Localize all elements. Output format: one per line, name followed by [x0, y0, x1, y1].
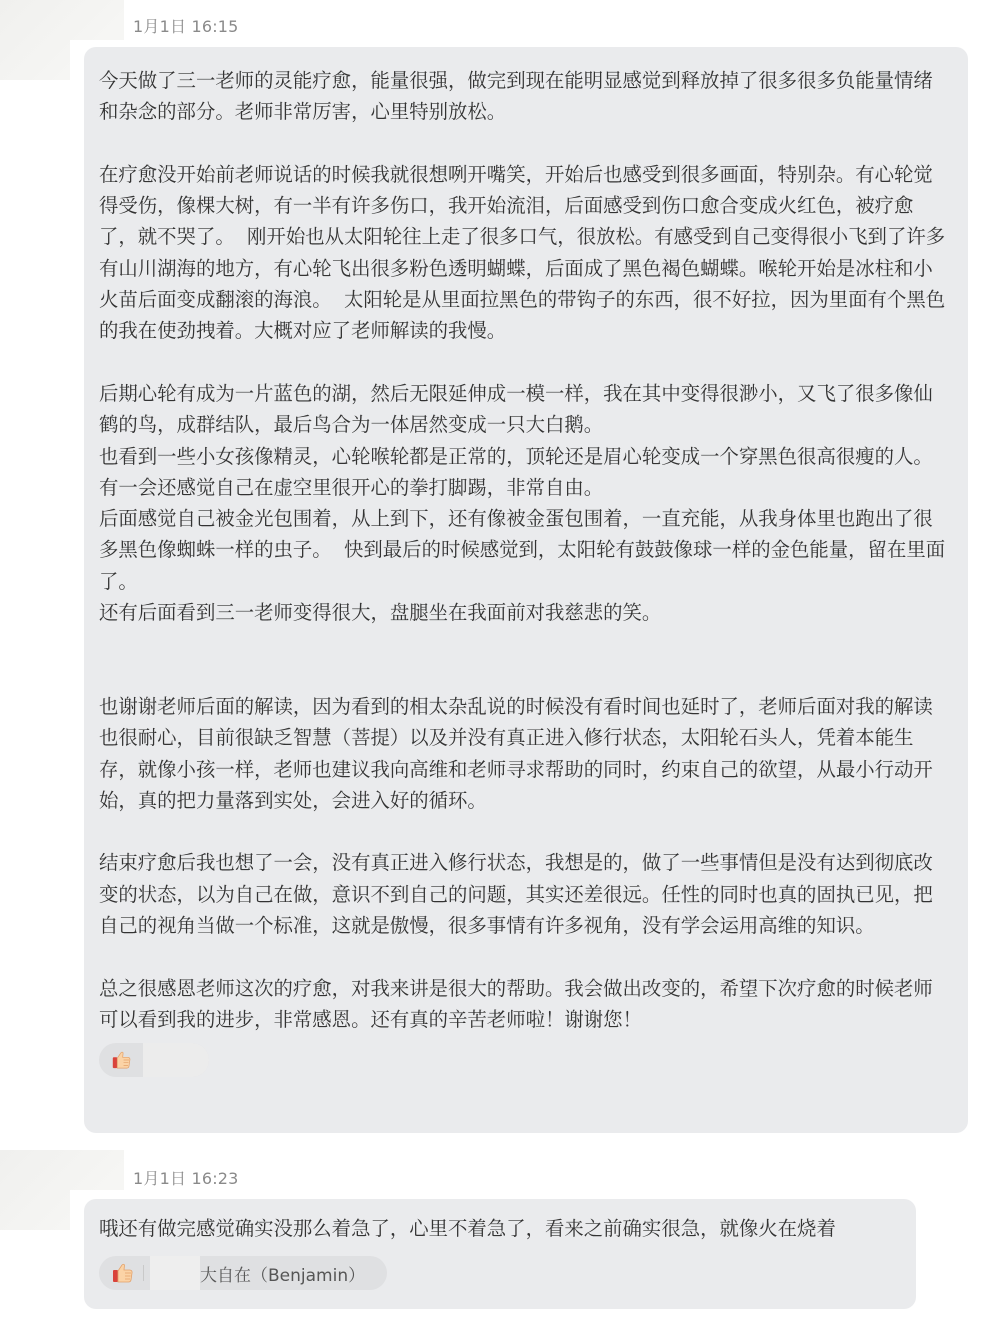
reaction-bar[interactable]: [99, 1043, 209, 1077]
reaction-bar[interactable]: 大自在（Benjamin）: [99, 1256, 387, 1290]
message-bubble[interactable]: 哦还有做完感觉确实没那么着急了，心里不着急了，看来之前确实很急，就像火在烧着 大…: [84, 1199, 916, 1309]
message-timestamp: 1月1日 16:15: [133, 14, 239, 37]
thumbs-up-icon[interactable]: [111, 1261, 135, 1285]
reaction-user-name[interactable]: 大自在（Benjamin）: [200, 1261, 365, 1286]
message-timestamp: 1月1日 16:23: [133, 1166, 239, 1189]
message-text: 今天做了三一老师的灵能疗愈，能量很强，做完到现在能明显感觉到释放掉了很多很多负能…: [99, 65, 952, 1035]
message-bubble[interactable]: 今天做了三一老师的灵能疗愈，能量很强，做完到现在能明显感觉到释放掉了很多很多负能…: [84, 47, 968, 1133]
reaction-users-blurred: [143, 1043, 209, 1077]
thumbs-up-icon[interactable]: [111, 1048, 133, 1072]
message-text: 哦还有做完感觉确实没那么着急了，心里不着急了，看来之前确实很急，就像火在烧着: [99, 1213, 900, 1244]
reaction-user-blurred: [150, 1256, 200, 1290]
reaction-separator: [143, 1265, 144, 1281]
